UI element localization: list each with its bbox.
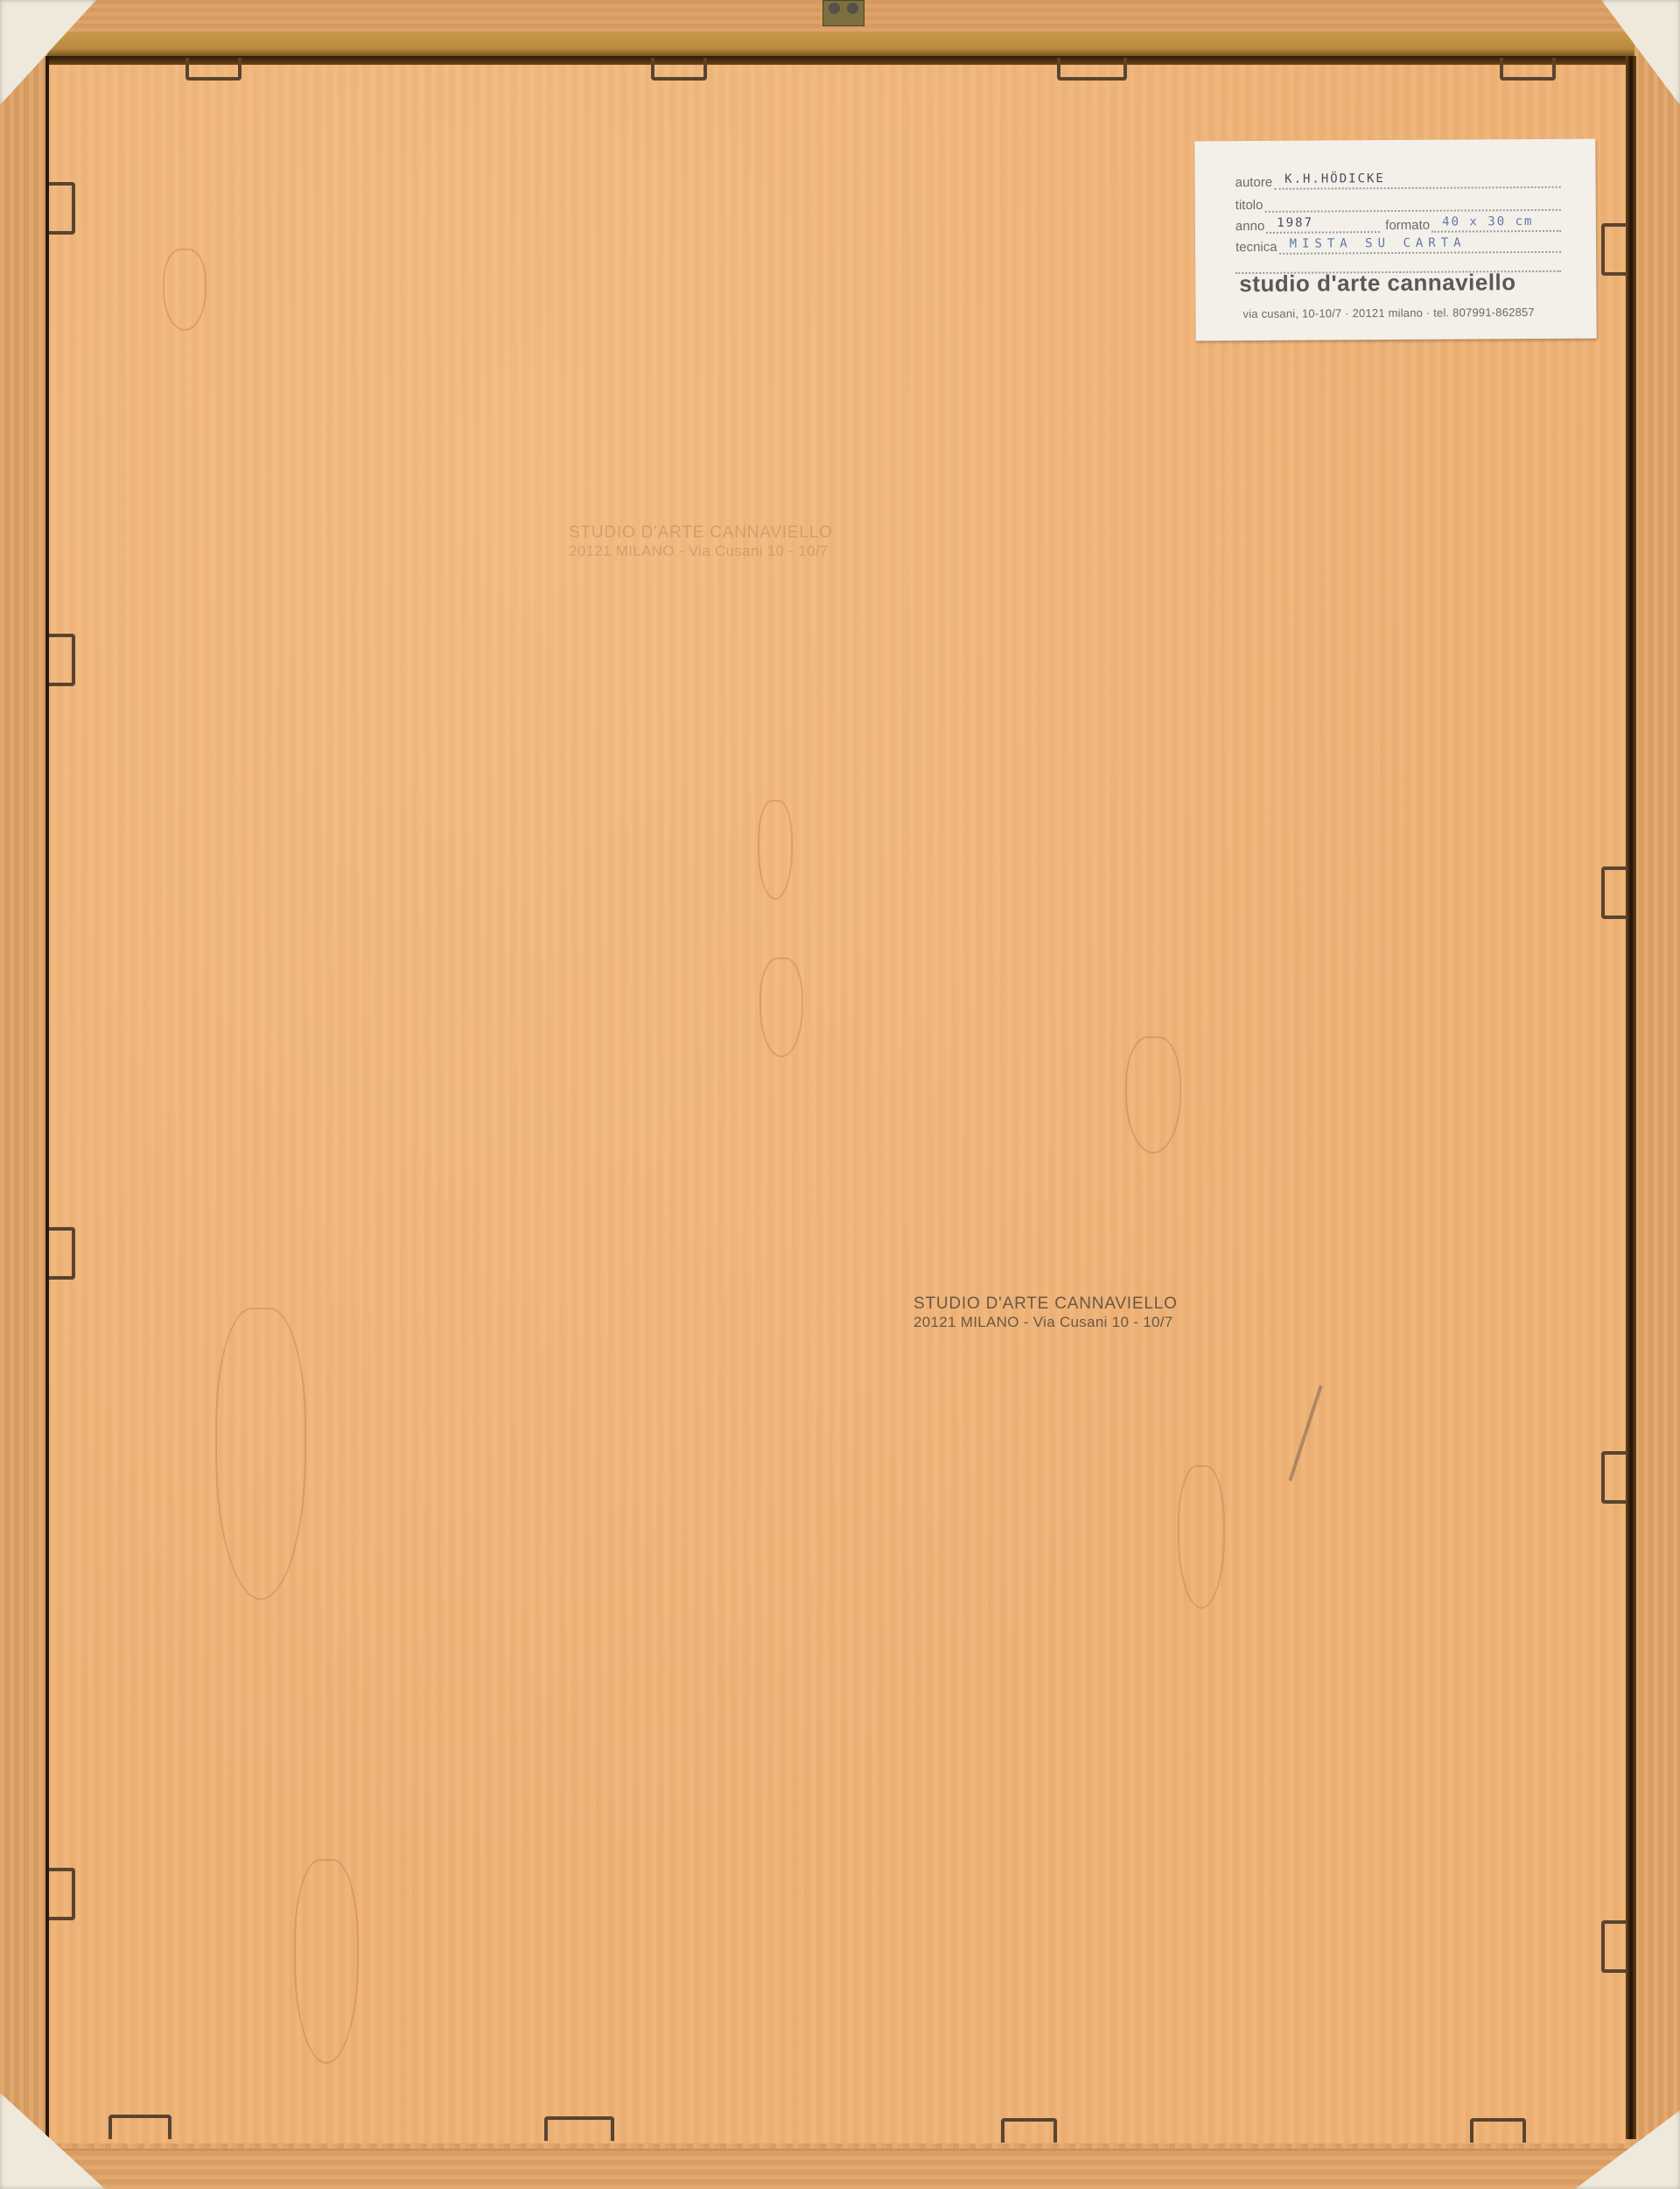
retaining-clip xyxy=(1601,866,1627,919)
water-stain xyxy=(163,249,206,331)
handwritten-format: 40 x 30 cm xyxy=(1442,214,1533,229)
retaining-clip xyxy=(1001,2118,1057,2143)
retaining-clip xyxy=(1470,2118,1526,2143)
handwritten-year: 1987 xyxy=(1277,216,1313,230)
retaining-clip xyxy=(651,58,707,81)
retaining-clip xyxy=(1057,58,1127,81)
nail-head xyxy=(847,3,858,14)
frame-gap-right xyxy=(1626,56,1636,2139)
retaining-clip xyxy=(1601,1920,1627,1973)
dotted-line: K.H.HÖDICKE xyxy=(1274,165,1561,190)
gallery-address: via cusani, 10-10/7 · 20121 milano · tel… xyxy=(1242,305,1534,320)
frame-bottom-rail xyxy=(0,2149,1680,2189)
hanging-hinge xyxy=(822,0,864,26)
retaining-clip xyxy=(185,58,241,81)
field-name: autore xyxy=(1235,175,1273,190)
handwritten-technique: MISTA SU CARTA xyxy=(1290,236,1466,251)
water-stain xyxy=(215,1308,306,1600)
hardboard-backing xyxy=(49,65,1626,2143)
water-stain xyxy=(1178,1465,1225,1609)
frame-right-rail xyxy=(1634,0,1680,2189)
dotted-line: 1987 xyxy=(1266,210,1380,234)
retaining-clip xyxy=(1601,1451,1627,1504)
inner-rail-top xyxy=(47,32,1634,56)
nail-head xyxy=(829,3,840,14)
water-stain xyxy=(294,1859,359,2064)
stamp-line-2: 20121 MILANO - Via Cusani 10 - 10/7 xyxy=(569,543,833,560)
retaining-clip xyxy=(1601,223,1627,276)
retaining-clip xyxy=(1500,58,1556,81)
retaining-clip xyxy=(108,2115,171,2139)
dotted-line: 40 x 30 cm xyxy=(1431,209,1561,233)
water-stain xyxy=(1125,1036,1181,1154)
water-stain xyxy=(758,800,793,900)
frame-gap-shadow xyxy=(47,56,1634,65)
gallery-name: studio d'arte cannaviello xyxy=(1239,269,1515,298)
frame-left-rail xyxy=(0,0,47,2189)
stamp-line-2: 20121 MILANO - Via Cusani 10 - 10/7 xyxy=(913,1314,1178,1331)
gallery-stamp: STUDIO D'ARTE CANNAVIELLO 20121 MILANO -… xyxy=(913,1294,1178,1330)
handwritten-author: K.H.HÖDICKE xyxy=(1284,172,1385,186)
label-row-autore: autore K.H.HÖDICKE xyxy=(1235,165,1560,190)
stamp-line-1: STUDIO D'ARTE CANNAVIELLO xyxy=(569,523,833,543)
retaining-clip xyxy=(49,634,75,686)
gallery-label: autore K.H.HÖDICKE titolo anno 1987 form… xyxy=(1194,139,1596,341)
frame-gap-left xyxy=(45,56,49,2139)
retaining-clip xyxy=(49,1227,75,1280)
retaining-clip xyxy=(49,1868,75,1920)
water-stain xyxy=(759,958,803,1057)
retaining-clip xyxy=(544,2116,614,2141)
retaining-clip xyxy=(49,182,75,235)
stamp-line-1: STUDIO D'ARTE CANNAVIELLO xyxy=(913,1294,1178,1314)
gallery-stamp-faded: STUDIO D'ARTE CANNAVIELLO 20121 MILANO -… xyxy=(569,523,833,559)
